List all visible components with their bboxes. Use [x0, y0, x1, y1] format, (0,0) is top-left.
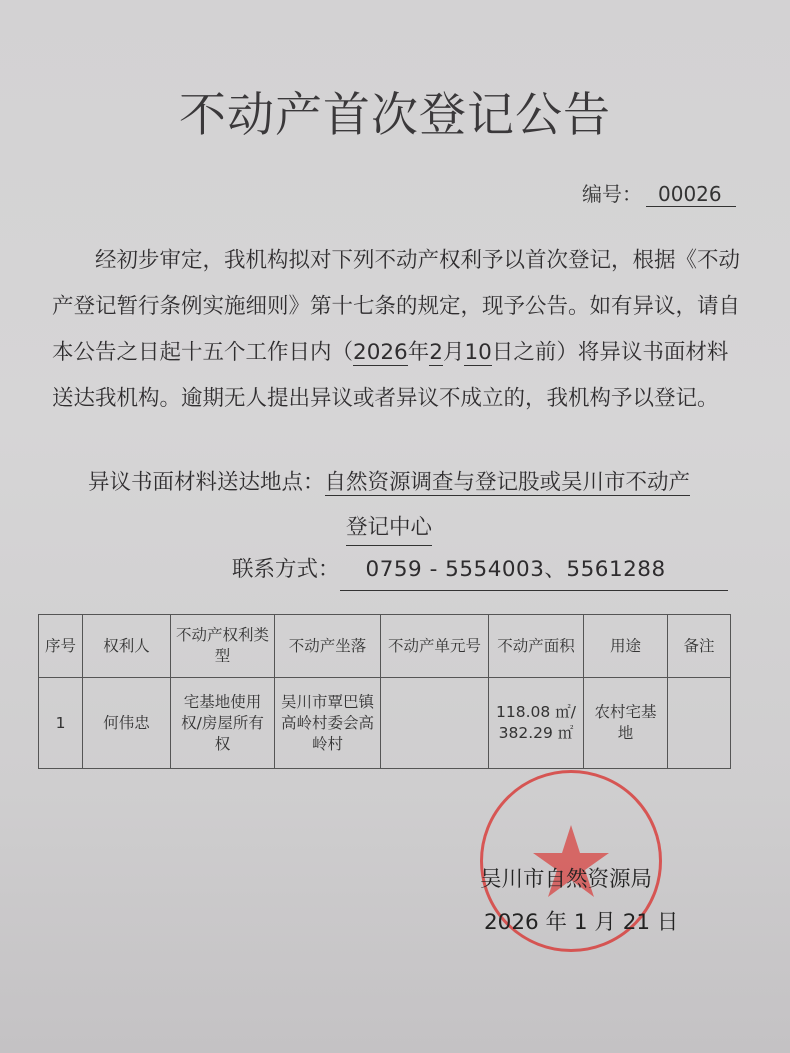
col-header-no: 序号 — [39, 615, 83, 678]
issuing-organization: 吴川市自然资源局 — [480, 862, 652, 893]
table-row: 1 何伟忠 宅基地使用权/房屋所有权 吴川市覃巴镇高岭村委会高岭村 118.08… — [39, 678, 731, 769]
table-header-row: 序号 权利人 不动产权利类型 不动产坐落 不动产单元号 不动产面积 用途 备注 — [39, 615, 731, 678]
deadline-month: 2 — [429, 340, 443, 366]
col-header-area: 不动产面积 — [489, 615, 584, 678]
cell-owner: 何伟忠 — [83, 678, 171, 769]
serial-value: 00026 — [646, 182, 736, 207]
year-char: 年 — [408, 340, 430, 365]
objection-address: 异议书面材料送达地点：自然资源调查与登记股或吴川市不动产 — [88, 460, 690, 506]
objection-address-label: 异议书面材料送达地点： — [88, 470, 325, 495]
col-header-right-type: 不动产权利类型 — [171, 615, 275, 678]
col-header-remark: 备注 — [668, 615, 731, 678]
col-header-unit-no: 不动产单元号 — [381, 615, 489, 678]
col-header-usage: 用途 — [584, 615, 668, 678]
cell-location: 吴川市覃巴镇高岭村委会高岭村 — [275, 678, 381, 769]
col-header-owner: 权利人 — [83, 615, 171, 678]
document-title: 不动产首次登记公告 — [0, 78, 790, 145]
serial-label: 编号： — [582, 182, 642, 206]
contact-value: 0759 - 5554003、5561288 — [340, 550, 728, 591]
cell-remark — [668, 678, 731, 769]
deadline-day: 10 — [464, 340, 491, 366]
deadline-year: 2026 — [353, 340, 408, 366]
contact-info: 联系方式：0759 - 5554003、5561288 — [232, 550, 728, 591]
serial-number: 编号：00026 — [582, 178, 736, 207]
notice-body: 经初步审定，我机构拟对下列不动产权利予以首次登记，根据《不动产登记暂行条例实施细… — [52, 238, 742, 422]
cell-unit-no — [381, 678, 489, 769]
month-char: 月 — [443, 340, 465, 365]
cell-area: 118.08 ㎡/ 382.29 ㎡ — [489, 678, 584, 769]
objection-address-line2: 登记中心 — [346, 505, 432, 546]
cell-usage: 农村宅基地 — [584, 678, 668, 769]
cell-no: 1 — [39, 678, 83, 769]
property-table: 序号 权利人 不动产权利类型 不动产坐落 不动产单元号 不动产面积 用途 备注 … — [38, 614, 731, 769]
contact-label: 联系方式： — [232, 557, 340, 582]
cell-right-type: 宅基地使用权/房屋所有权 — [171, 678, 275, 769]
col-header-location: 不动产坐落 — [275, 615, 381, 678]
objection-address-value: 自然资源调查与登记股或吴川市不动产 — [325, 470, 691, 496]
issue-date: 2026 年 1 月 21 日 — [484, 905, 678, 936]
